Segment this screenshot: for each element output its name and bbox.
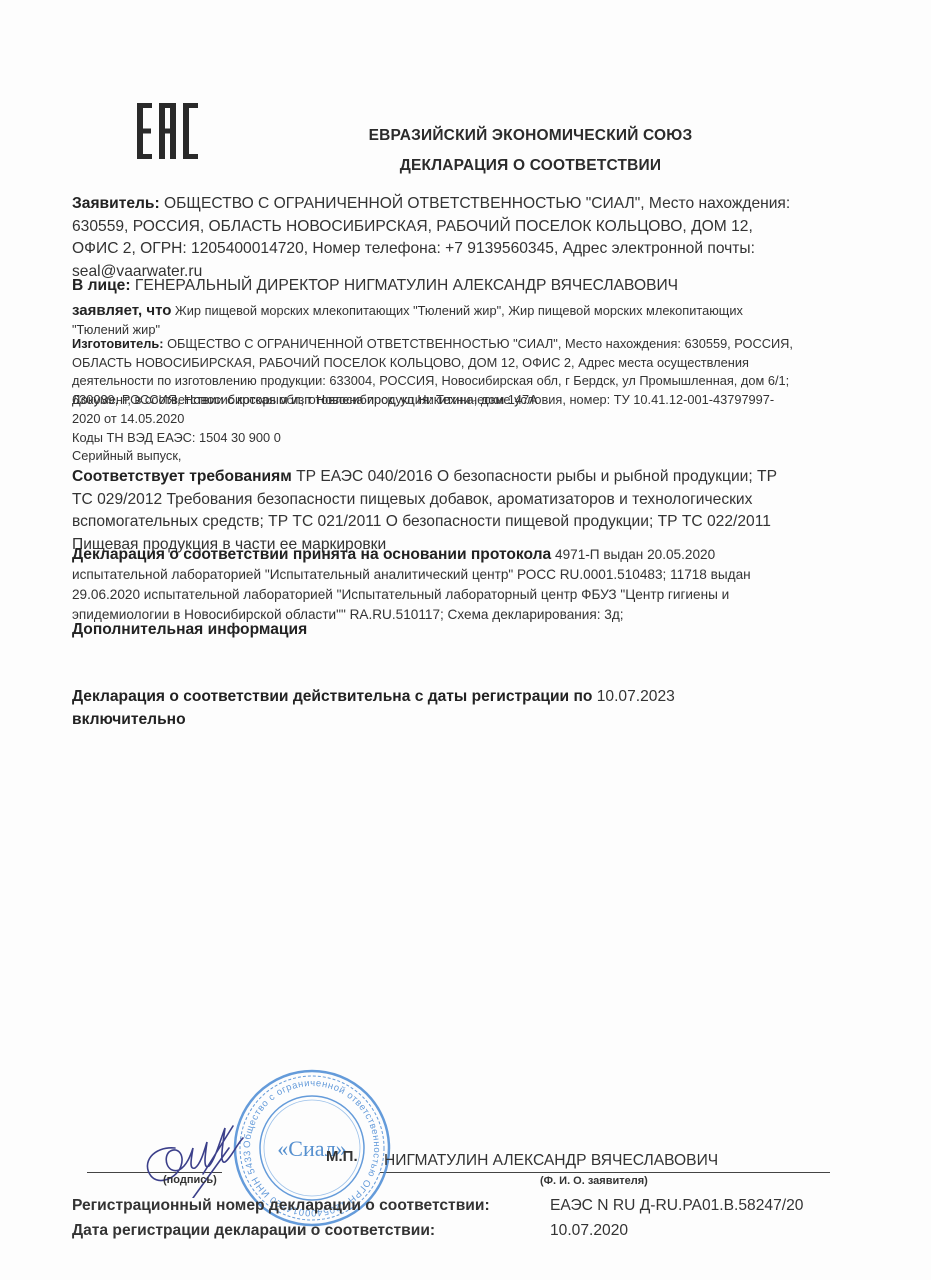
signature-caption: (подпись): [163, 1174, 217, 1186]
manufacturer-line: ОБЛАСТЬ НОВОСИБИРСКАЯ, РАБОЧИЙ ПОСЕЛОК К…: [72, 355, 749, 370]
customs-codes: Коды ТН ВЭД ЕАЭС: 1504 30 900 0: [72, 429, 852, 448]
production-document: Документ, в соответствии с которым изгот…: [72, 391, 852, 428]
regulation-line: ТС 029/2012 Требования безопасности пище…: [72, 491, 752, 508]
protocol-line: 29.06.2020 испытательной лабораторией "И…: [72, 587, 729, 602]
protocol-section: Декларация о соответствии принята на осн…: [72, 545, 852, 625]
document-title: ДЕКЛАРАЦИЯ О СООТВЕТСТВИИ: [0, 157, 931, 175]
applicant-label: Заявитель:: [72, 195, 160, 212]
validity-suffix: включительно: [72, 711, 186, 728]
complies-label: Соответствует требованиям: [72, 468, 292, 485]
declaration-page: ЕВРАЗИЙСКИЙ ЭКОНОМИЧЕСКИЙ СОЮЗ ДЕКЛАРАЦИ…: [0, 0, 931, 1280]
validity-label: Декларация о соответствии действительна …: [72, 688, 592, 705]
document-line: 2020 от 14.05.2020: [72, 411, 184, 426]
in-person-section: В лице: ГЕНЕРАЛЬНЫЙ ДИРЕКТОР НИГМАТУЛИН …: [72, 275, 852, 298]
stamp-place-label: М.П.: [326, 1148, 358, 1165]
regulation-line: вспомогательных средств; ТР ТС 021/2011 …: [72, 513, 771, 530]
applicant-line: 630559, РОССИЯ, ОБЛАСТЬ НОВОСИБИРСКАЯ, Р…: [72, 218, 753, 235]
name-line: [380, 1172, 830, 1173]
serial-production: Серийный выпуск,: [72, 447, 852, 466]
validity-date: 10.07.2023: [592, 688, 674, 705]
declares-section: заявляет, что Жир пищевой морских млекоп…: [72, 302, 852, 339]
declares-label: заявляет, что: [72, 302, 171, 319]
product-name: Жир пищевой морских млекопитающих "Тюлен…: [171, 303, 743, 318]
handwritten-signature: [133, 1118, 263, 1198]
registration-number-value: ЕАЭС N RU Д-RU.PA01.B.58247/20: [550, 1197, 803, 1214]
validity-section: Декларация о соответствии действительна …: [72, 686, 852, 731]
applicant-section: Заявитель: ОБЩЕСТВО С ОГРАНИЧЕННОЙ ОТВЕТ…: [72, 193, 852, 283]
protocol-label: Декларация о соответствии принята на осн…: [72, 546, 551, 563]
registration-date-row: Дата регистрации декларации о соответств…: [72, 1222, 628, 1240]
signer-caption: (Ф. И. О. заявителя): [540, 1175, 648, 1187]
additional-info-section: Дополнительная информация: [72, 619, 852, 642]
manufacturer-line: ОБЩЕСТВО С ОГРАНИЧЕННОЙ ОТВЕТСТВЕННОСТЬЮ…: [164, 336, 793, 351]
complies-section: Соответствует требованиям ТР ЕАЭС 040/20…: [72, 466, 852, 556]
registration-date-value: 10.07.2020: [550, 1222, 628, 1239]
in-person-value: ГЕНЕРАЛЬНЫЙ ДИРЕКТОР НИГМАТУЛИН АЛЕКСАНД…: [131, 277, 679, 294]
protocol-line: испытательной лабораторией "Испытательны…: [72, 567, 751, 582]
document-line: Документ, в соответствии с которым изгот…: [72, 392, 774, 407]
manufacturer-line: деятельности по изготовлению продукции: …: [72, 373, 789, 388]
manufacturer-label: Изготовитель:: [72, 336, 164, 351]
registration-date-label: Дата регистрации декларации о соответств…: [72, 1222, 550, 1240]
regulation-line: ТР ЕАЭС 040/2016 О безопасности рыбы и р…: [292, 468, 777, 485]
applicant-line: ОБЩЕСТВО С ОГРАНИЧЕННОЙ ОТВЕТСТВЕННОСТЬЮ…: [160, 195, 791, 212]
registration-number-row: Регистрационный номер декларации о соотв…: [72, 1197, 803, 1215]
additional-info-label: Дополнительная информация: [72, 621, 307, 638]
registration-number-label: Регистрационный номер декларации о соотв…: [72, 1197, 550, 1215]
union-heading: ЕВРАЗИЙСКИЙ ЭКОНОМИЧЕСКИЙ СОЮЗ: [0, 127, 931, 145]
protocol-line: 4971-П выдан 20.05.2020: [551, 547, 715, 562]
signer-name: НИГМАТУЛИН АЛЕКСАНДР ВЯЧЕСЛАВОВИЧ: [384, 1152, 718, 1170]
applicant-line: ОФИС 2, ОГРН: 1205400014720, Номер телеф…: [72, 240, 755, 257]
in-person-label: В лице:: [72, 277, 131, 294]
